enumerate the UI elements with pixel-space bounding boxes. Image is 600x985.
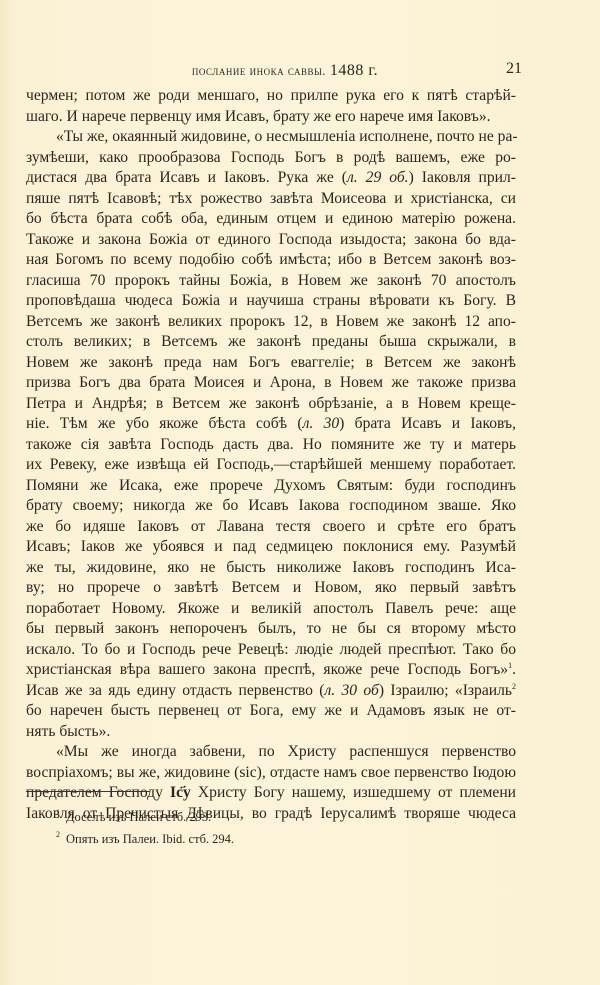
text-line: дистася два брата Исавъ и Іаковъ. Рука ж…: [26, 168, 516, 189]
text-line: Такоже и закона Божіа от единого Господа…: [26, 230, 516, 251]
text-line: «Ты же, окаянный жидовине, о несмышленіа…: [26, 127, 516, 148]
text-line: ніе. Тѣм же убо якоже бѣста собѣ (л. 30)…: [26, 414, 516, 435]
text-line: Исав же за ядь едину отдасть первенство …: [26, 681, 516, 702]
running-head: послание инока саввы. 1488 г. 21: [30, 60, 520, 80]
text-line: ву; но прорече о завѣтѣ Ветсем и Новом, …: [26, 578, 516, 599]
text-line: Помяни же Исака, еже прорече Духомъ Свят…: [26, 476, 516, 497]
text-line: ная Богомъ по всему подобію собѣ имѣста;…: [26, 250, 516, 271]
footnote-text: Опять изъ Палеи. Ibid. стб. 294.: [66, 832, 234, 846]
text-line: же бо идяше Іаковъ от Лавана тестя своег…: [26, 517, 516, 538]
text-line: Ветсемъ же законѣ великих пророкъ 12, в …: [26, 312, 516, 333]
text-line: христіанская вѣра вашего закона преспѣ, …: [26, 660, 516, 681]
text-line: поработает Новому. Якоже и великій апост…: [26, 599, 516, 620]
text-line: проповѣдаша чюдеса Божіа и научиша стран…: [26, 291, 516, 312]
footnote-2: 2Опять изъ Палеи. Ibid. стб. 294.: [56, 828, 234, 850]
text-line: Петра и Андрѣя; в Ветсем же законѣ обрѣз…: [26, 394, 516, 415]
text-line: зумѣеши, како прообразова Господь Богъ в…: [26, 148, 516, 169]
text-line: Новем же законѣ преда нам Богъ еваггеліе…: [26, 353, 516, 374]
folio-reference: л. 30 об: [324, 682, 378, 699]
text-line: шаго. И нарече первенцу имя Исавъ, брату…: [26, 107, 516, 128]
text-line: бы первый законъ непороченъ былъ, то не …: [26, 619, 516, 640]
text-line: искало. То бо и Господь рече Ревецѣ: люд…: [26, 640, 516, 661]
page-number: 21: [506, 60, 522, 78]
body-text: чермен; потом же роди меншаго, но прилпе…: [26, 86, 516, 824]
running-title: послание инока саввы. 1488 г.: [30, 62, 520, 80]
text-line: чермен; потом же роди меншаго, но прилпе…: [26, 86, 516, 107]
text-line: пяше пятѣ Ісавовѣ; тѣх рожество завѣта М…: [26, 189, 516, 210]
footnote-1: 1Доселѣ изъ Палеи стб. 293.: [56, 806, 234, 828]
text-line: призва Богъ два брата Моисея и Арона, в …: [26, 373, 516, 394]
footnote-marker: 2: [56, 830, 60, 839]
text-line: воспріахомъ; вы же, жидовине (sic), отда…: [26, 763, 516, 784]
folio-reference: л. 30: [303, 415, 340, 432]
text-line: такоже сія завѣта Господь дасть два. Но …: [26, 435, 516, 456]
text-line: бо бѣста брата собѣ оба, единым отцем и …: [26, 209, 516, 230]
footnote-marker: 1: [56, 808, 60, 817]
text-line: «Мы же иногда забвени, по Христу распенш…: [26, 742, 516, 763]
footnotes: 1Доселѣ изъ Палеи стб. 293. 2Опять изъ П…: [56, 806, 234, 850]
running-title-year: 1488 г.: [330, 62, 378, 79]
text-line: брату своему; никогда же бо Исавъ Іакова…: [26, 496, 516, 517]
text-line: их Ревеку, еже извѣща ей Господь,—старѣй…: [26, 455, 516, 476]
footnote-text: Доселѣ изъ Палеи стб. 293.: [66, 810, 211, 824]
footnote-ref-2[interactable]: 2: [512, 682, 516, 691]
folio-reference: л. 29 об.: [347, 169, 409, 186]
book-page: послание инока саввы. 1488 г. 21 чермен;…: [0, 0, 600, 985]
text-line: бо наречен бысть первенец от Бога, ему ж…: [26, 701, 516, 722]
text-line: Исавъ; Іаков же убоявся и пад седмицею п…: [26, 537, 516, 558]
running-title-text: послание инока саввы.: [192, 63, 326, 78]
text-line: же ты, жидовине, яко не бысть николиже І…: [26, 558, 516, 579]
text-line: нять бысть».: [26, 722, 516, 743]
text-line: столъ великих; в Ветсемъ же законѣ преда…: [26, 332, 516, 353]
footnote-divider: [26, 791, 150, 792]
text-line: предателем Господу Іс҃у Христу Богу наше…: [26, 783, 516, 804]
nomen-sacrum: Іс҃у: [170, 784, 191, 801]
text-line: гласиша 70 пророкъ тайны Божіа, в Новем …: [26, 271, 516, 292]
